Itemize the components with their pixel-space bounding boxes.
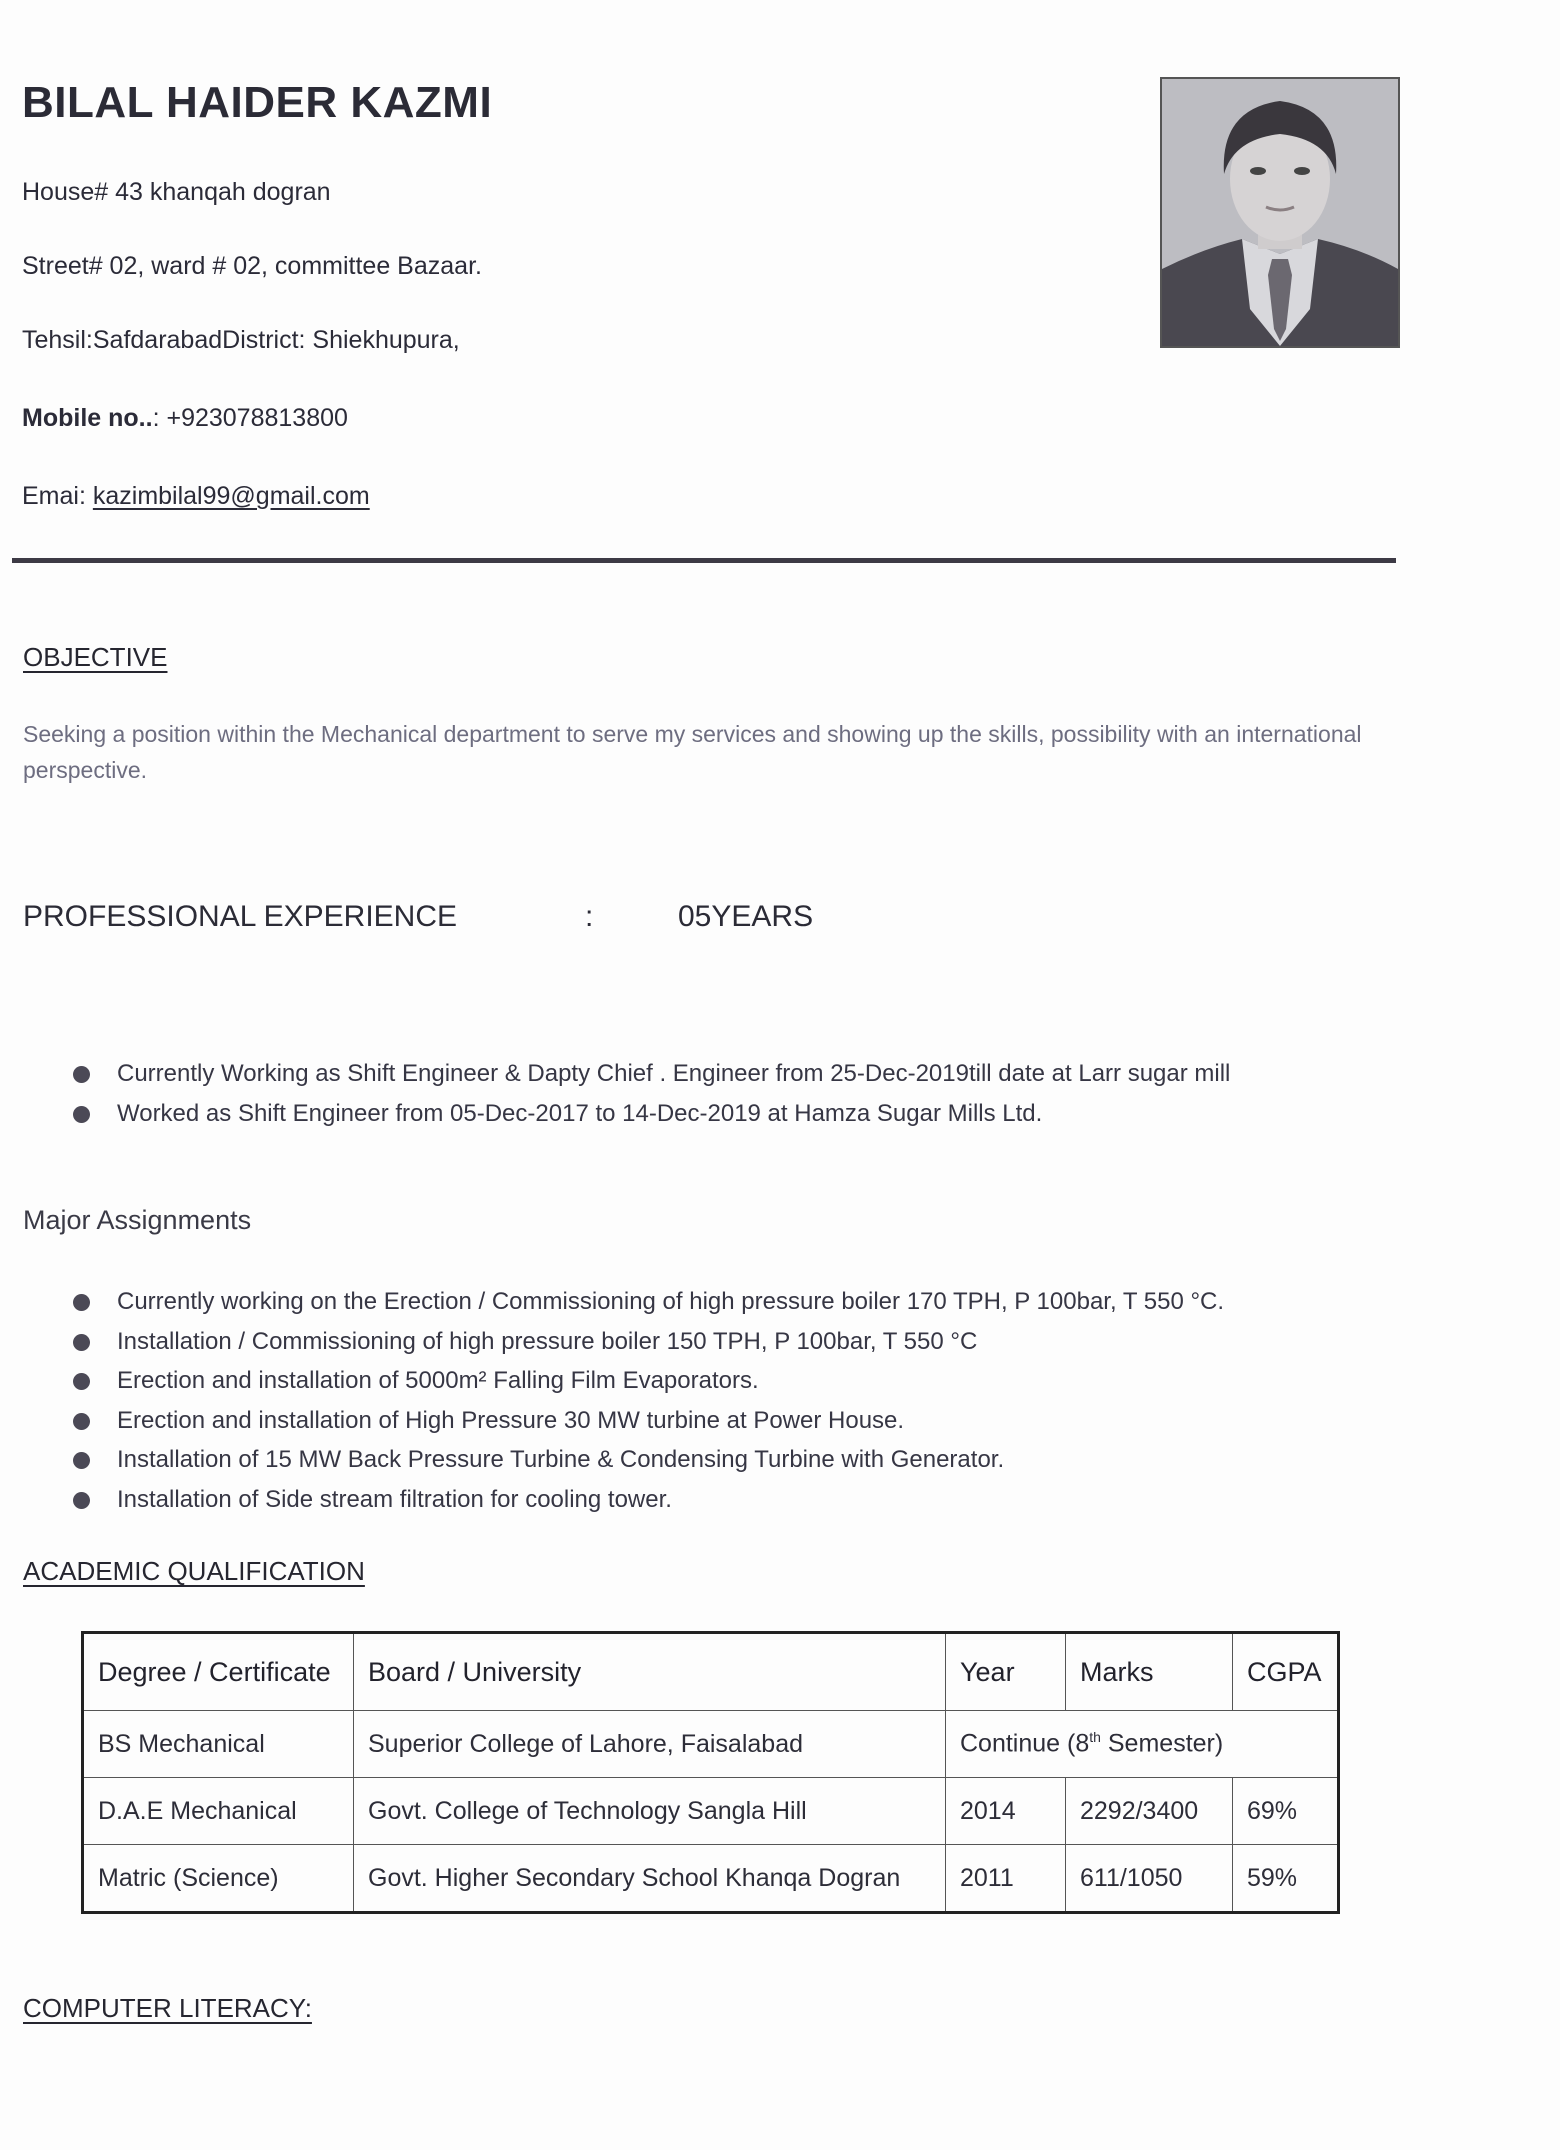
- mobile-value: +923078813800: [166, 404, 347, 432]
- table-header-row: Degree / Certificate Board / University …: [83, 1633, 1339, 1711]
- assignments-list: Currently working on the Erection / Comm…: [73, 1282, 1224, 1519]
- cell-board: Govt. College of Technology Sangla Hill: [354, 1778, 946, 1845]
- academic-table: Degree / Certificate Board / University …: [81, 1631, 1340, 1914]
- email-line: Emai: kazimbilal99@gmail.com: [22, 482, 370, 511]
- bullet-icon: [73, 1294, 90, 1311]
- address-line-2: Street# 02, ward # 02, committee Bazaar.: [22, 252, 482, 281]
- cell-year: 2014: [946, 1778, 1066, 1845]
- cell-year: 2011: [946, 1845, 1066, 1913]
- address-line-1: House# 43 khanqah dogran: [22, 178, 331, 207]
- experience-title: PROFESSIONAL EXPERIENCE: [23, 900, 457, 934]
- email-label: Emai:: [22, 482, 93, 510]
- bullet-icon: [73, 1106, 90, 1123]
- assignments-title: Major Assignments: [23, 1205, 251, 1236]
- cell-cgpa: 59%: [1233, 1845, 1339, 1913]
- objective-text: Seeking a position within the Mechanical…: [23, 716, 1383, 788]
- bullet-icon: [73, 1413, 90, 1430]
- experience-colon: :: [585, 900, 593, 934]
- table-row: Matric (Science) Govt. Higher Secondary …: [83, 1845, 1339, 1913]
- bullet-icon: [73, 1452, 90, 1469]
- bullet-icon: [73, 1334, 90, 1351]
- table-row: BS Mechanical Superior College of Lahore…: [83, 1711, 1339, 1778]
- list-item: Installation / Commissioning of high pre…: [73, 1322, 1224, 1362]
- mobile-label: Mobile no.: [22, 404, 146, 432]
- cell-degree: D.A.E Mechanical: [83, 1778, 354, 1845]
- col-cgpa: CGPA: [1233, 1633, 1339, 1711]
- mobile-line: Mobile no..: +923078813800: [22, 404, 348, 433]
- cell-board: Govt. Higher Secondary School Khanqa Dog…: [354, 1845, 946, 1913]
- bullet-icon: [73, 1492, 90, 1509]
- objective-title: OBJECTIVE: [23, 642, 167, 673]
- list-item: Worked as Shift Engineer from 05-Dec-201…: [73, 1094, 1230, 1134]
- person-portrait-icon: [1162, 79, 1398, 346]
- bullet-icon: [73, 1066, 90, 1083]
- list-item: Erection and installation of 5000m² Fall…: [73, 1361, 1224, 1401]
- cell-status: Continue (8th Semester): [946, 1711, 1339, 1778]
- list-item: Currently working on the Erection / Comm…: [73, 1282, 1224, 1322]
- profile-photo: [1160, 77, 1400, 348]
- applicant-name: BILAL HAIDER KAZMI: [22, 78, 492, 128]
- col-marks: Marks: [1066, 1633, 1233, 1711]
- list-item: Installation of 15 MW Back Pressure Turb…: [73, 1440, 1224, 1480]
- cell-degree: Matric (Science): [83, 1845, 354, 1913]
- header-divider: [12, 558, 1396, 563]
- computer-literacy-title: COMPUTER LITERACY:: [23, 1993, 312, 2024]
- cell-marks: 611/1050: [1066, 1845, 1233, 1913]
- list-item: Erection and installation of High Pressu…: [73, 1401, 1224, 1441]
- cell-degree: BS Mechanical: [83, 1711, 354, 1778]
- col-degree: Degree / Certificate: [83, 1633, 354, 1711]
- col-year: Year: [946, 1633, 1066, 1711]
- address-line-3: Tehsil:SafdarabadDistrict: Shiekhupura,: [22, 326, 460, 355]
- bullet-icon: [73, 1373, 90, 1390]
- cell-cgpa: 69%: [1233, 1778, 1339, 1845]
- experience-list: Currently Working as Shift Engineer & Da…: [73, 1054, 1230, 1133]
- cell-board: Superior College of Lahore, Faisalabad: [354, 1711, 946, 1778]
- academic-title: ACADEMIC QUALIFICATION: [23, 1556, 365, 1587]
- table-row: D.A.E Mechanical Govt. College of Techno…: [83, 1778, 1339, 1845]
- list-item: Currently Working as Shift Engineer & Da…: [73, 1054, 1230, 1094]
- col-board: Board / University: [354, 1633, 946, 1711]
- list-item: Installation of Side stream filtration f…: [73, 1480, 1224, 1520]
- cell-marks: 2292/3400: [1066, 1778, 1233, 1845]
- email-link[interactable]: kazimbilal99@gmail.com: [93, 482, 370, 510]
- mobile-separator: :: [153, 404, 167, 432]
- experience-years: 05YEARS: [678, 900, 813, 934]
